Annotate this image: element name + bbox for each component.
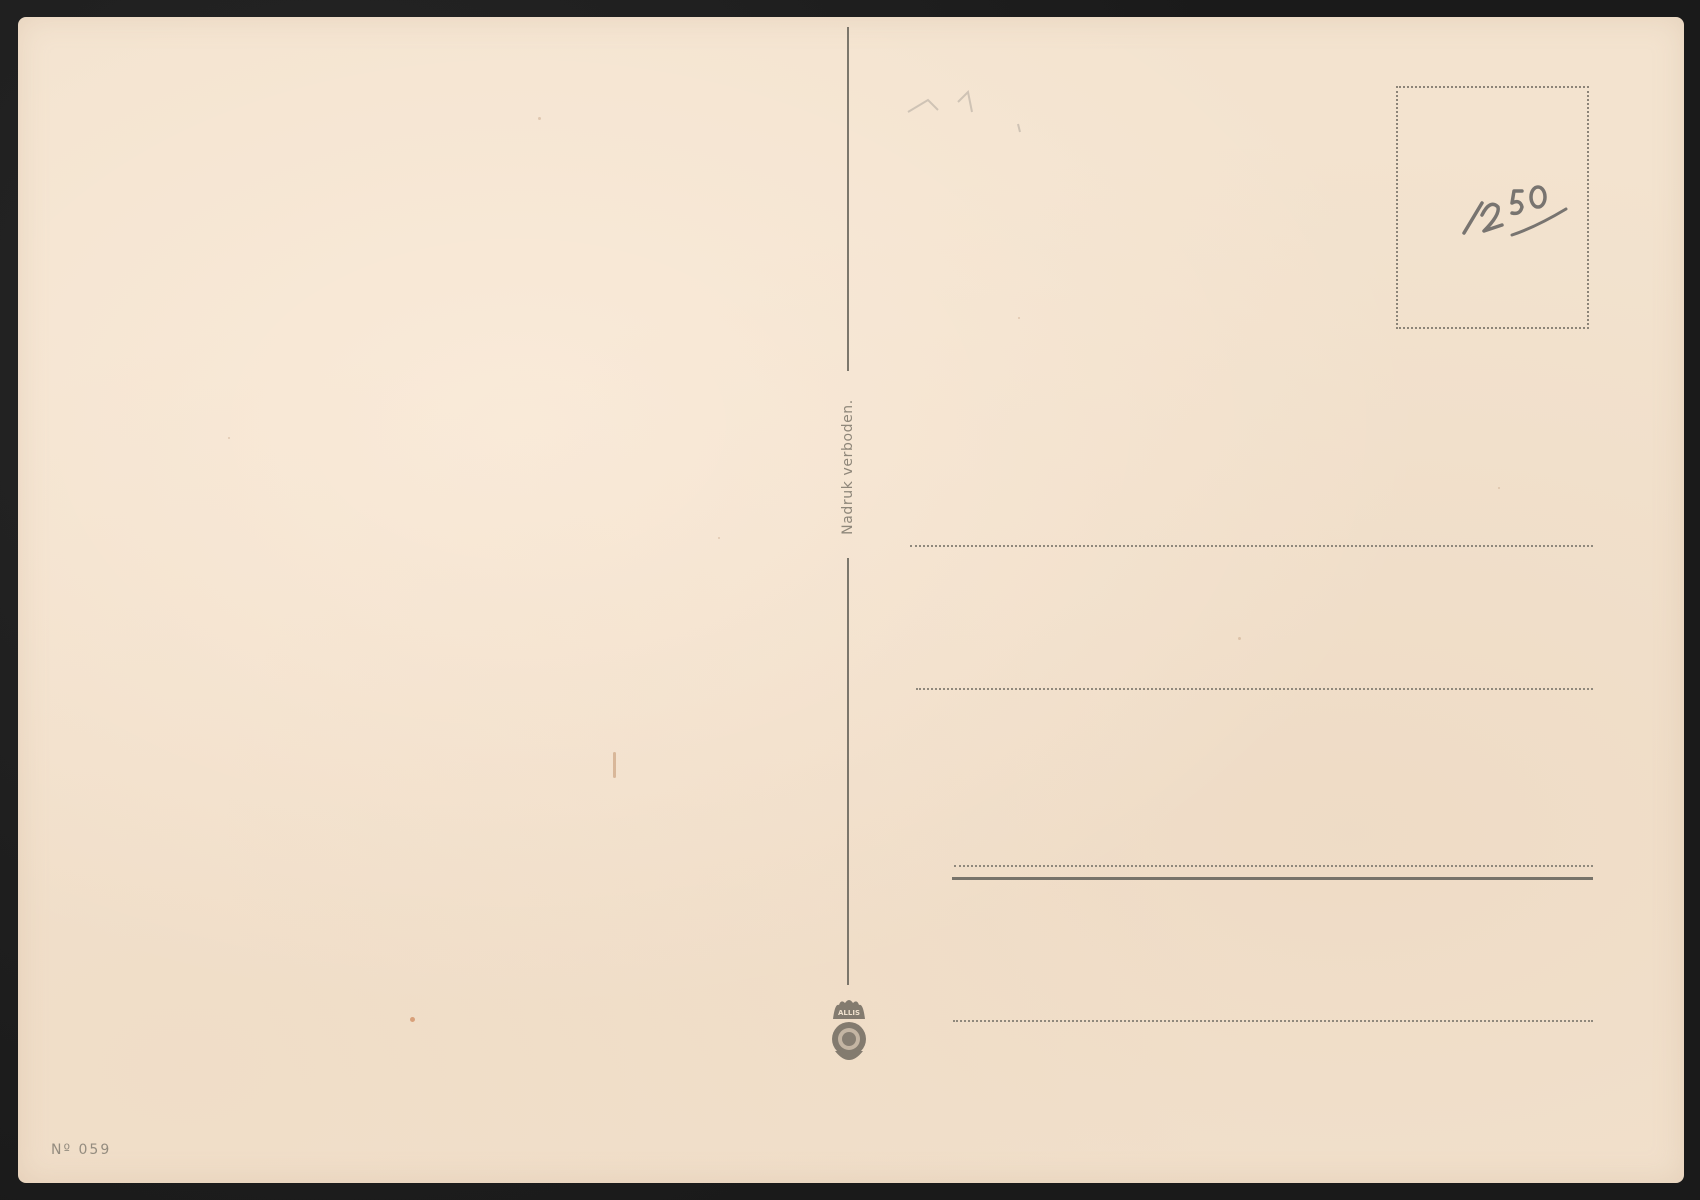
- paper-speck: [718, 537, 720, 539]
- paper-speck: [1498, 487, 1500, 489]
- divider-line-bottom: [847, 558, 849, 985]
- address-line-2: [916, 688, 1593, 690]
- paper-speck: [228, 437, 230, 439]
- paper-speck: [410, 1017, 415, 1022]
- paper-speck: [1238, 637, 1241, 640]
- divider-text: Nadruk verboden.: [840, 399, 856, 535]
- divider-text-container: Nadruk verboden.: [839, 375, 857, 559]
- address-line-1: [910, 545, 1593, 547]
- address-line-3: [954, 865, 1593, 867]
- pencil-scribble: [898, 72, 1058, 152]
- postcard-back: Nadruk verboden. ALLIS 12.50: [18, 17, 1684, 1183]
- paper-speck: [538, 117, 541, 120]
- publisher-emblem-icon: ALLIS: [829, 997, 869, 1069]
- address-line-4: [953, 1020, 1593, 1022]
- paper-speck: [1018, 317, 1020, 319]
- catalog-number: Nº 059: [51, 1142, 111, 1158]
- publisher-logo-text: ALLIS: [838, 1009, 860, 1017]
- handwritten-price-text: 12.50: [1458, 167, 1461, 168]
- handwritten-price: 12.50: [1458, 167, 1588, 247]
- paper-speck: [613, 752, 616, 778]
- address-underline: [952, 877, 1593, 880]
- divider-line-top: [847, 27, 849, 371]
